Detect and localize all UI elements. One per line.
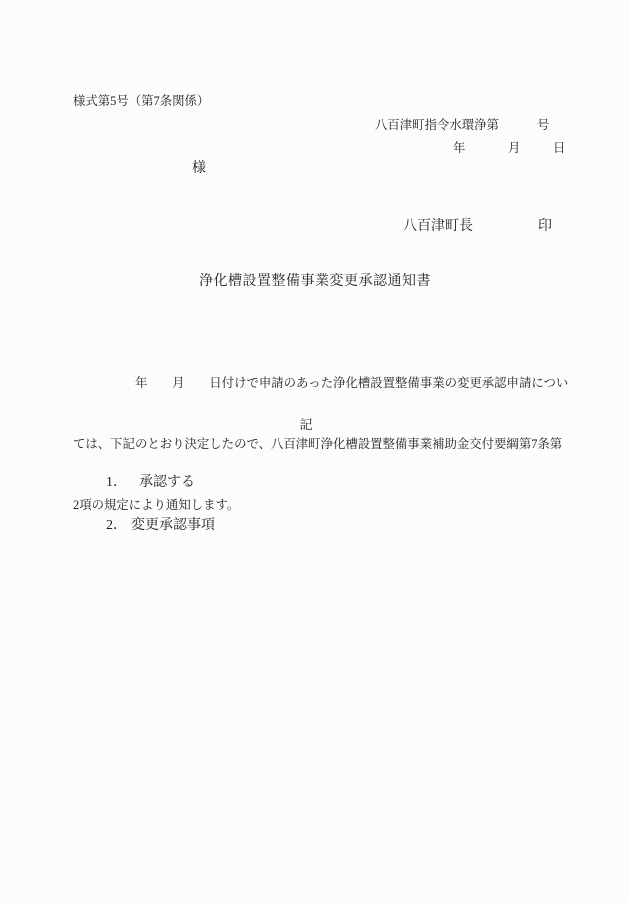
sender-title: 八百津町長 (403, 219, 473, 236)
record-heading: 記 (0, 417, 621, 433)
date-year-label: 年 (453, 141, 465, 156)
list-item-changed-matters: 2．変更承認事項 (92, 501, 215, 551)
document-title: 浄化槽設置整備事業変更承認通知書 (0, 274, 630, 291)
list-item-2-number: 2． (106, 518, 131, 535)
reference-number-suffix: 号 (537, 118, 549, 133)
body-line-2: ては、下記のとおり決定したので、八百津町浄化槽設置整備事業補助金交付要綱第7条第 (73, 433, 573, 456)
reference-number-prefix: 八百津町指令水環浄第 (375, 118, 499, 133)
list-item-1-label: 承認する (139, 475, 195, 490)
list-item-2-label: 変更承認事項 (131, 518, 215, 533)
form-number: 様式第5号（第7条関係） (73, 94, 209, 109)
body-line-1: 年 月 日付けで申請のあった浄化槽設置整備事業の変更承認申請につい (73, 372, 573, 395)
date-month-label: 月 (508, 141, 520, 156)
document-page: 様式第5号（第7条関係） 八百津町指令水環浄第 号 年 月 日 様 八百津町長 … (0, 0, 630, 903)
addressee-honorific: 様 (192, 161, 206, 178)
sender-seal-mark: 印 (538, 219, 552, 236)
date-day-label: 日 (553, 141, 565, 156)
list-item-1-number: 1． (106, 475, 139, 492)
